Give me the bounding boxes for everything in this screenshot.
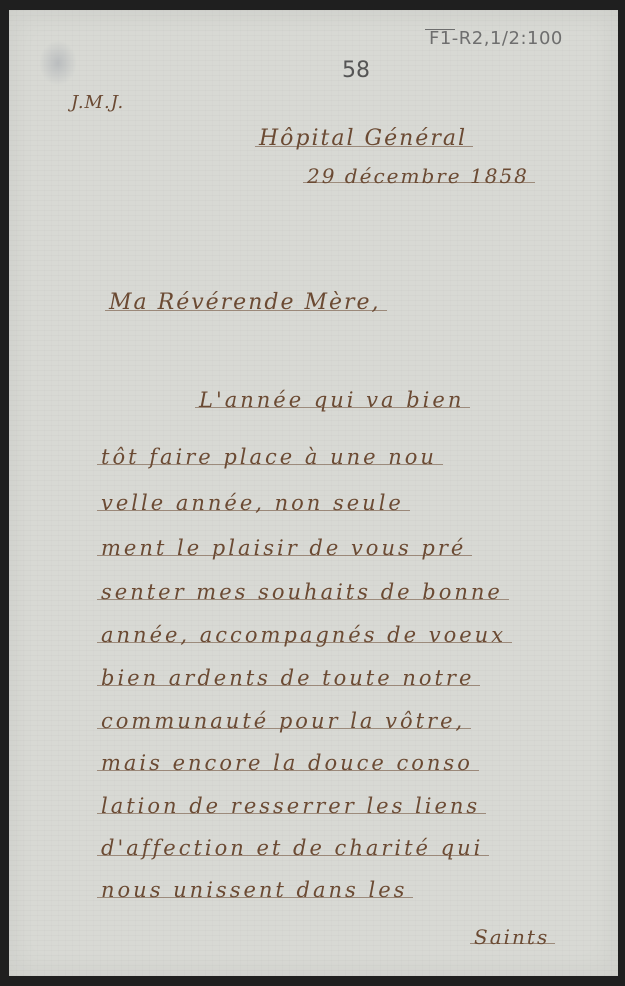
letter-page: F1-R2,1/2:100 58 J.M.J. Hôpital Général … <box>9 10 618 976</box>
body-line: année, accompagnés de voeux <box>101 625 506 646</box>
body-line: senter mes souhaits de bonne <box>101 582 503 603</box>
salutation: Ma Révérende Mère, <box>109 292 381 314</box>
body-line: lation de resserrer les liens <box>101 796 480 817</box>
ink-stain <box>39 40 77 86</box>
body-line: ment le plaisir de vous pré <box>101 538 466 559</box>
letter-date: 29 décembre 1858 <box>307 166 529 186</box>
body-line: velle année, non seule <box>101 493 404 514</box>
body-line: bien ardents de toute notre <box>101 668 474 689</box>
body-line: d'affection et de charité qui <box>101 838 483 859</box>
body-line: communauté pour la vôtre, <box>101 711 465 732</box>
body-line: L'année qui va bien <box>199 390 464 411</box>
folio-number: 58 <box>342 58 370 83</box>
body-line: mais encore la douce conso <box>101 753 473 774</box>
catchword: Saints <box>474 927 549 947</box>
body-line: tôt faire place à une nou <box>101 447 437 468</box>
header-initials: J.M.J. <box>71 94 124 112</box>
letter-place: Hôpital Général <box>259 128 467 150</box>
archive-reference: F1-R2,1/2:100 <box>429 28 563 49</box>
body-line: nous unissent dans les <box>101 880 407 901</box>
